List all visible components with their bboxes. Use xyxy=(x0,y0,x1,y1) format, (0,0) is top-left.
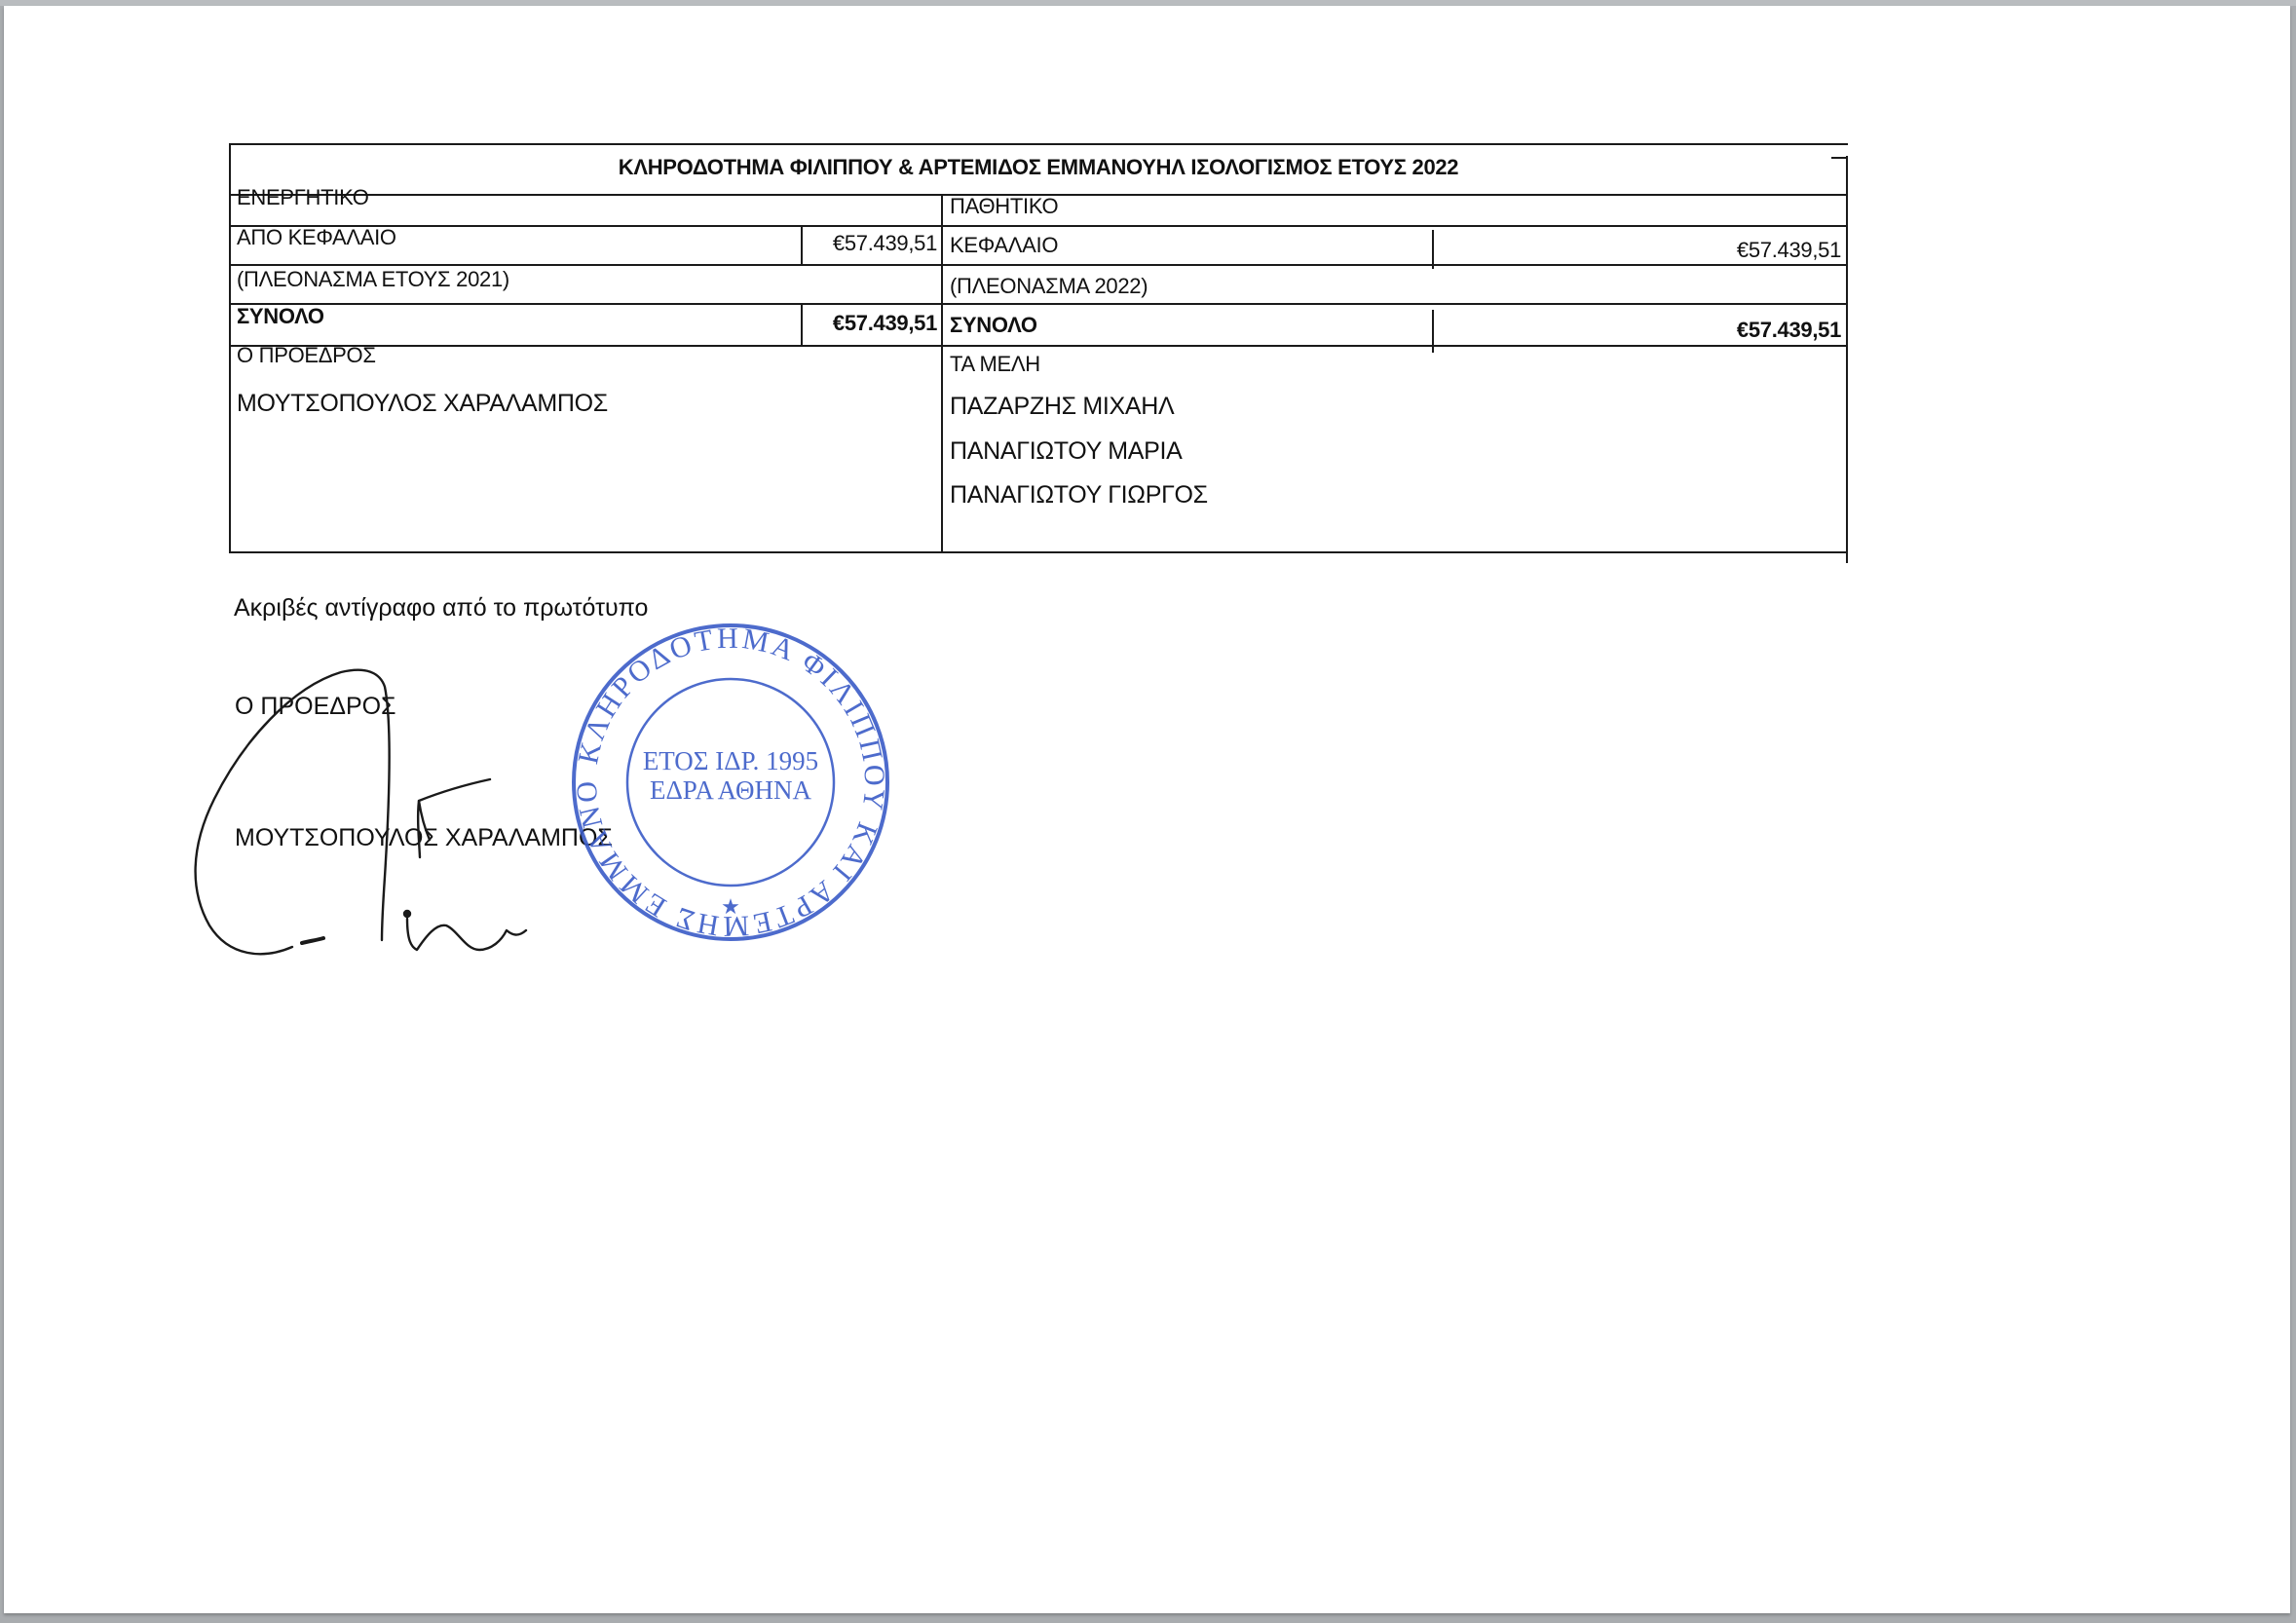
signature-icon xyxy=(0,0,2296,1623)
